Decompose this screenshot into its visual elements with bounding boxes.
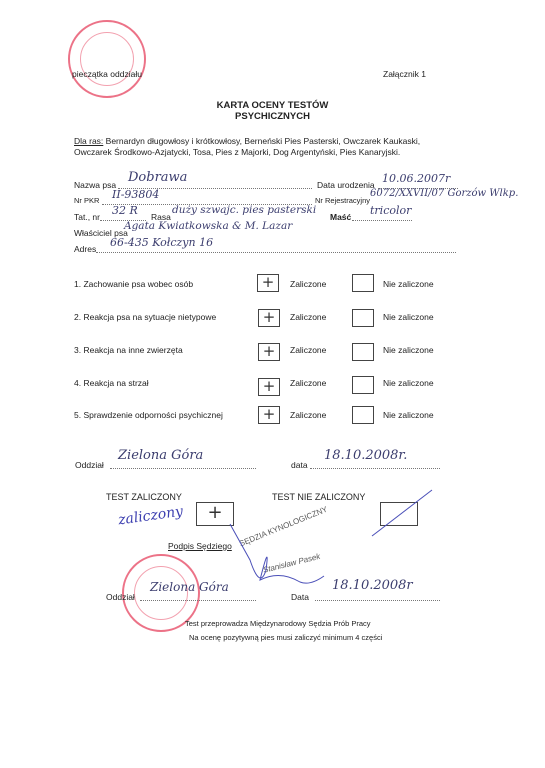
address-value[interactable]: 66-435 Kołczyn 16 [110,236,213,249]
test-passed-label: TEST ZALICZONY [106,492,182,502]
branch-date-value[interactable]: 18.10.2008r. [324,448,407,463]
doc-title-line1: KARTA OCENY TESTÓW [0,100,545,111]
test-2-fail-checkbox[interactable] [352,309,374,327]
test-5-fail-checkbox[interactable] [352,406,374,424]
judge-signature-icon [220,520,330,600]
test-1-pass-label: Zaliczone [290,279,326,289]
test-5-pass-checkbox[interactable]: + [258,406,280,424]
test-3-label: 3. Reakcja na inne zwierzęta [74,345,183,355]
test-2-pass-checkbox[interactable]: + [258,309,280,327]
footer-branch-label: Oddział [106,592,135,602]
attachment-label: Załącznik 1 [383,69,426,79]
birth-date-value[interactable]: 10.06.2007r [382,172,450,185]
failed-strikethrough-icon [370,488,434,538]
test-3-fail-label: Nie zaliczone [383,345,434,355]
branch-stamp [68,20,146,98]
breeds-label: Dla ras: [74,136,103,146]
pkr-label: Nr PKR [74,196,99,205]
test-4-fail-checkbox[interactable] [352,376,374,394]
branch-date-label: data [291,460,308,470]
note-line2: Na ocenę pozytywną pies musi zaliczyć mi… [189,633,382,642]
footer-branch-value[interactable]: Zielona Góra [150,580,229,594]
test-4-fail-label: Nie zaliczone [383,378,434,388]
breeds-text-1: Bernardyn długowłosy i krótkowłosy, Bern… [103,136,420,146]
color-label: Maść [330,212,351,222]
test-5-label: 5. Sprawdzenie odporności psychicznej [74,410,223,420]
test-1-label: 1. Zachowanie psa wobec osób [74,279,193,289]
test-4-pass-label: Zaliczone [290,378,326,388]
test-1-pass-checkbox[interactable]: + [257,274,279,292]
color-value[interactable]: tricolor [370,204,411,217]
passed-handwriting: zaliczony [117,504,184,529]
registration-value[interactable]: 6072/XXVII/07 Gorzów Wlkp. [370,188,518,199]
breed-value[interactable]: duży szwajc. pies pasterski [172,204,316,216]
test-1-fail-label: Nie zaliczone [383,279,434,289]
test-5-pass-label: Zaliczone [290,410,326,420]
test-2-label: 2. Reakcja psa na sytuacje nietypowe [74,312,216,322]
branch-label: Oddział [75,460,104,470]
test-4-pass-checkbox[interactable]: + [258,378,280,396]
breeds-line2: Owczarek Środkowo-Azjatycki, Tosa, Pies … [74,147,400,157]
branch-value[interactable]: Zielona Góra [118,448,203,463]
address-label: Adres [74,244,96,254]
dog-name-value[interactable]: Dobrawa [128,170,187,185]
test-3-fail-checkbox[interactable] [352,343,374,361]
tattoo-value[interactable]: 32 R [112,204,138,217]
test-3-pass-label: Zaliczone [290,345,326,355]
breeds-line1: Dla ras: Bernardyn długowłosy i krótkowł… [74,136,420,146]
dog-name-label: Nazwa psa [74,180,116,190]
test-2-fail-label: Nie zaliczone [383,312,434,322]
pkr-value[interactable]: II-93804 [112,188,159,201]
test-1-fail-checkbox[interactable] [352,274,374,292]
tattoo-label: Tat., nr [74,212,100,222]
footer-date-value[interactable]: 18.10.2008r [332,578,413,593]
stamp-label: pieczątka oddziału [72,69,142,79]
registration-label: Nr Rejestracyjny [315,196,370,205]
test-2-pass-label: Zaliczone [290,312,326,322]
footer-date-label: Data [291,592,309,602]
test-5-fail-label: Nie zaliczone [383,410,434,420]
test-failed-label: TEST NIE ZALICZONY [272,492,365,502]
test-3-pass-checkbox[interactable]: + [258,343,280,361]
test-4-label: 4. Reakcja na strzał [74,378,149,388]
birth-date-label: Data urodzenia [317,180,375,190]
note-line1: Test przeprowadza Międzynarodowy Sędzia … [185,619,371,628]
owner-value[interactable]: Agata Kwiatkowska & M. Lazar [124,220,292,232]
doc-title-line2: PSYCHICZNYCH [0,111,545,122]
